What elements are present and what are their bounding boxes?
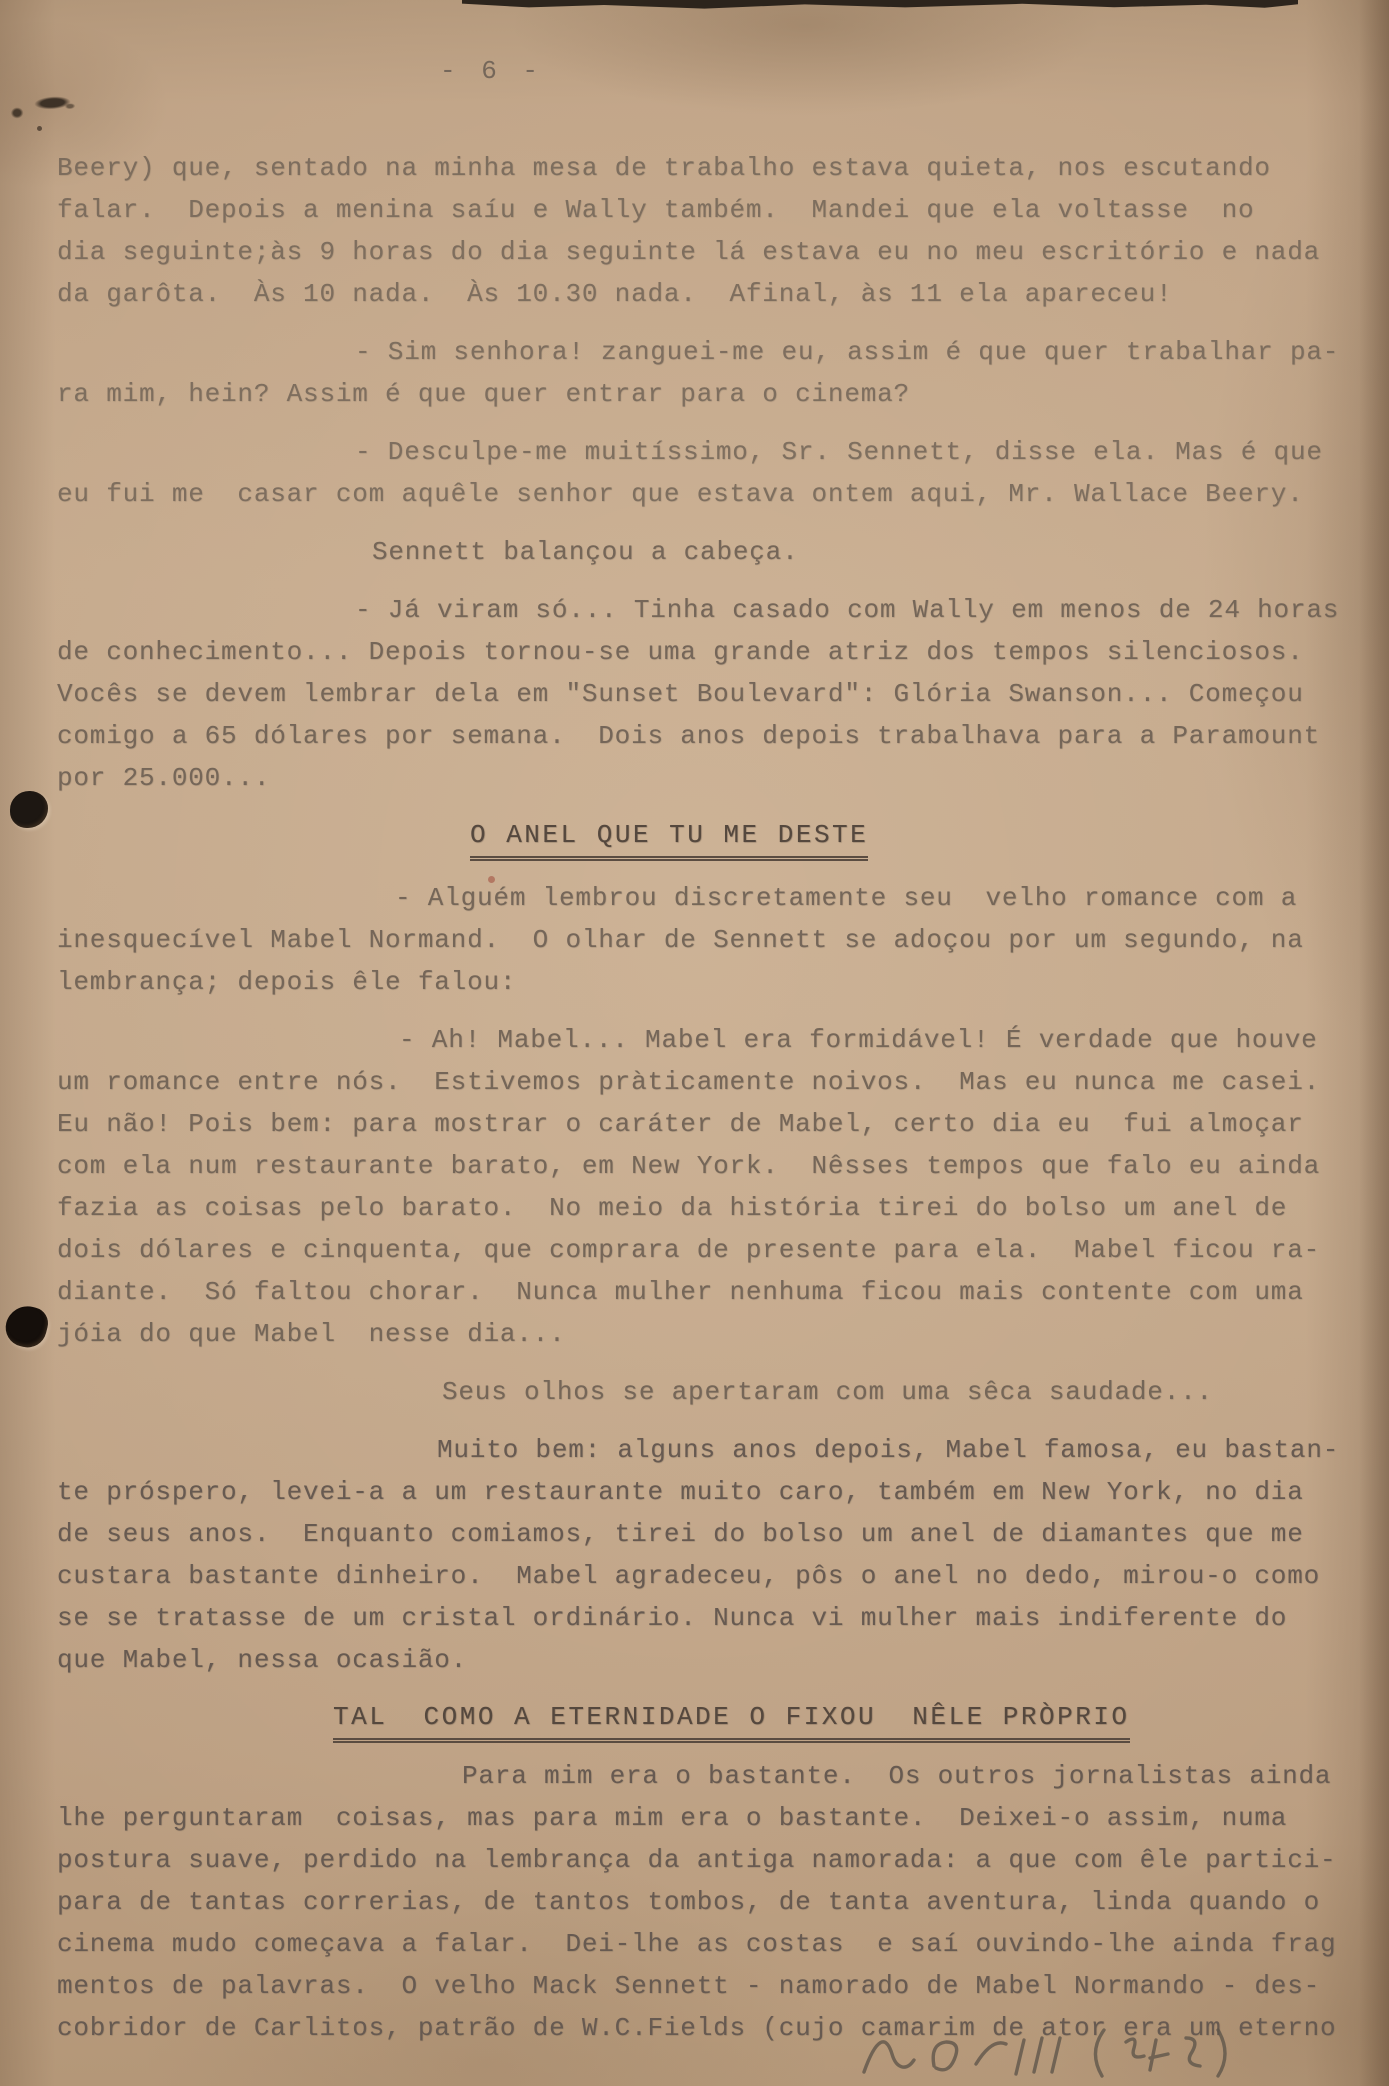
text-line: se se tratasse de um cristal ordinário. … [57,1597,1357,1639]
text-line: jóia do que Mabel nesse dia... [57,1313,1357,1355]
text-line: te próspero, levei-a a um restaurante mu… [57,1471,1357,1513]
text-line: diante. Só faltou chorar. Nunca mulher n… [57,1271,1357,1313]
text-line: que Mabel, nessa ocasião. [57,1639,1357,1681]
paragraph: Beery) que, sentado na minha mesa de tra… [57,147,1357,315]
section-heading-text: TAL COMO A ETERNIDADE O FIXOU NÊLE PRÒPR… [333,1697,1130,1743]
text-line: de seus anos. Enquanto comiamos, tirei d… [57,1513,1357,1555]
manuscript-page: - 6 - Beery) que, sentado na minha mesa … [0,0,1389,2086]
scan-edge-artifact [462,0,1298,10]
paragraph: - Sim senhora! zanguei-me eu, assim é qu… [57,331,1357,415]
paragraph: Sennett balançou a cabeça. [57,531,1357,573]
text-line: - Já viram só... Tinha casado com Wally … [57,589,1357,631]
paragraph: - Alguém lembrou discretamente seu velho… [57,877,1357,1003]
text-line: - Sim senhora! zanguei-me eu, assim é qu… [57,331,1357,373]
page-edge-shadow [1359,0,1389,2086]
text-line: dia seguinte;às 9 horas do dia seguinte … [57,231,1357,273]
text-line: Para mim era o bastante. Os outros jorna… [57,1755,1357,1797]
text-line: inesquecível Mabel Normand. O olhar de S… [57,919,1357,961]
page-number: - 6 - [440,56,543,86]
paragraph: - Ah! Mabel... Mabel era formidável! É v… [57,1019,1357,1355]
text-line: - Desculpe-me muitíssimo, Sr. Sennett, d… [57,431,1357,473]
text-line: dois dólares e cinquenta, que comprara d… [57,1229,1357,1271]
text-line: eu fui me casar com aquêle senhor que es… [57,473,1357,515]
text-line: Beery) que, sentado na minha mesa de tra… [57,147,1357,189]
text-line: Vocês se devem lembrar dela em "Sunset B… [57,673,1357,715]
text-line: lhe perguntaram coisas, mas para mim era… [57,1797,1357,1839]
text-line: - Ah! Mabel... Mabel era formidável! É v… [57,1019,1357,1061]
text-line: Muito bem: alguns anos depois, Mabel fam… [57,1429,1357,1471]
text-line: mentos de palavras. O velho Mack Sennett… [57,1965,1357,2007]
punch-hole-mark [2,1302,52,1352]
text-line: por 25.000... [57,757,1357,799]
section-heading-text: O ANEL QUE TU ME DESTE [470,815,868,861]
text-line: ra mim, hein? Assim é que quer entrar pa… [57,373,1357,415]
text-line: Seus olhos se apertaram com uma sêca sau… [57,1371,1357,1413]
ink-speck [37,126,42,131]
text-line: lembrança; depois êle falou: [57,961,1357,1003]
text-line: Eu não! Pois bem: para mostrar o caráter… [57,1103,1357,1145]
punch-hole-mark [10,791,48,828]
text-line: da garôta. Às 10 nada. Às 10.30 nada. Af… [57,273,1357,315]
paragraph: - Já viram só... Tinha casado com Wally … [57,589,1357,799]
text-line: fazia as coisas pelo barato. No meio da … [57,1187,1357,1229]
paragraph: Seus olhos se apertaram com uma sêca sau… [57,1371,1357,1413]
paragraph: - Desculpe-me muitíssimo, Sr. Sennett, d… [57,431,1357,515]
section-heading-eternidade: TAL COMO A ETERNIDADE O FIXOU NÊLE PRÒPR… [57,1697,1357,1743]
typewritten-text-column: Beery) que, sentado na minha mesa de tra… [57,147,1357,2065]
text-line: postura suave, perdido na lembrança da a… [57,1839,1357,1881]
paragraph: Muito bem: alguns anos depois, Mabel fam… [57,1429,1357,1681]
section-heading-anel: O ANEL QUE TU ME DESTE [57,815,1357,861]
text-line: um romance entre nós. Estivemos pràticam… [57,1061,1357,1103]
ink-smudge-mark [7,88,81,123]
text-line: com ela num restaurante barato, em New Y… [57,1145,1357,1187]
text-line: para de tantas correrias, de tantos tomb… [57,1881,1357,1923]
paragraph: Para mim era o bastante. Os outros jorna… [57,1755,1357,2049]
handwritten-annotation [856,2020,1316,2086]
text-line: falar. Depois a menina saíu e Wally tamb… [57,189,1357,231]
text-line: comigo a 65 dólares por semana. Dois ano… [57,715,1357,757]
text-line: de conhecimento... Depois tornou-se uma … [57,631,1357,673]
text-line: custara bastante dinheiro. Mabel agradec… [57,1555,1357,1597]
text-line: Sennett balançou a cabeça. [57,531,1357,573]
text-line: cinema mudo começava a falar. Dei-lhe as… [57,1923,1357,1965]
text-line: - Alguém lembrou discretamente seu velho… [57,877,1357,919]
